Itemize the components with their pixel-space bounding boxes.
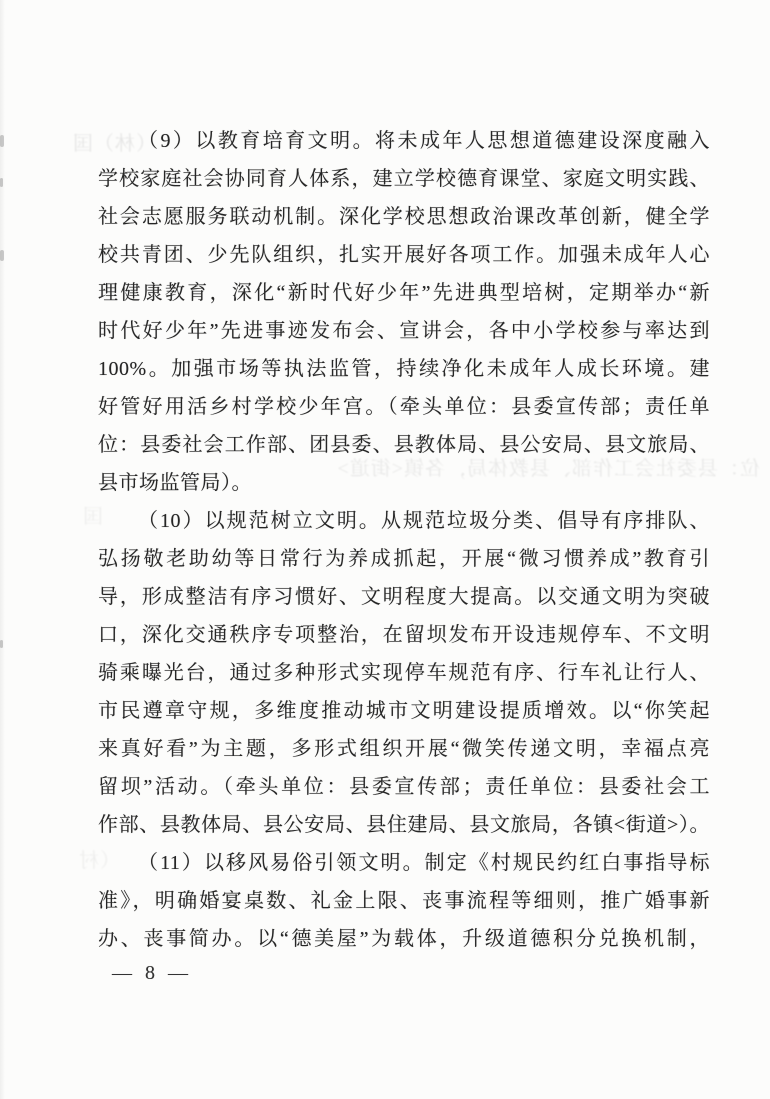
text-line: 100%。加强市场等执法监管，持续净化未成年人成长环境。建 xyxy=(98,350,710,388)
scanner-edge-mark xyxy=(0,178,3,187)
text-line: （10）以规范树立文明。从规范垃圾分类、倡导有序排队、 xyxy=(98,502,710,540)
scanner-edge-mark xyxy=(0,135,4,147)
text-line: 市民遵章守规，多维度推动城市文明建设提质增效。以“你笑起 xyxy=(98,692,710,730)
text-line: 校共青团、少先队组织，扎实开展好各项工作。加强未成年人心 xyxy=(98,236,710,274)
text-line: 好管好用活乡村学校少年宫。（牵头单位：县委宣传部；责任单 xyxy=(98,388,710,426)
text-line: 留坝”活动。（牵头单位：县委宣传部；责任单位：县委社会工 xyxy=(98,768,710,806)
text-line: 县市场监管局）。 xyxy=(98,464,710,502)
text-line: 骑乘曝光台，通过多种形式实现停车规范有序、行车礼让行人、 xyxy=(98,654,710,692)
text-line: 理健康教育，深化“新时代好少年”先进典型培树，定期举办“新 xyxy=(98,274,710,312)
scanner-edge-mark xyxy=(0,640,3,648)
text-line: 社会志愿服务联动机制。深化学校思想政治课改革创新，健全学 xyxy=(98,198,710,236)
text-line: 准》，明确婚宴桌数、礼金上限、丧事流程等细则，推广婚事新 xyxy=(98,882,710,920)
text-line: 办、丧事简办。以“德美屋”为载体，升级道德积分兑换机制， xyxy=(98,920,710,958)
text-line: 学校家庭社会协同育人体系，建立学校德育课堂、家庭文明实践、 xyxy=(98,160,710,198)
document-body: （9）以教育培育文明。将未成年人思想道德建设深度融入 学校家庭社会协同育人体系，… xyxy=(98,122,710,958)
text-line: 导，形成整洁有序习惯好、文明程度大提高。以交通文明为突破 xyxy=(98,578,710,616)
scanned-page: （林）国 位：县委社会工作部、县教体局，各镇<街道> 国 （村 （9）以教育培育… xyxy=(0,0,770,1099)
paragraph-10: （10）以规范树立文明。从规范垃圾分类、倡导有序排队、 弘扬敬老助幼等日常行为养… xyxy=(98,502,710,844)
text-line: 口，深化交通秩序专项整治，在留坝发布开设违规停车、不文明 xyxy=(98,616,710,654)
paragraph-9: （9）以教育培育文明。将未成年人思想道德建设深度融入 学校家庭社会协同育人体系，… xyxy=(98,122,710,502)
scanner-edge-mark xyxy=(0,250,4,261)
text-line: 弘扬敬老助幼等日常行为养成抓起，开展“微习惯养成”教育引 xyxy=(98,540,710,578)
text-line: （11）以移风易俗引领文明。制定《村规民约红白事指导标 xyxy=(98,844,710,882)
page-number: — 8 — xyxy=(112,962,192,985)
paragraph-11: （11）以移风易俗引领文明。制定《村规民约红白事指导标 准》，明确婚宴桌数、礼金… xyxy=(98,844,710,958)
text-line: 位：县委社会工作部、团县委、县教体局、县公安局、县文旅局、 xyxy=(98,426,710,464)
text-line: 时代好少年”先进事迹发布会、宣讲会，各中小学校参与率达到 xyxy=(98,312,710,350)
text-line: 来真好看”为主题，多形式组织开展“微笑传递文明，幸福点亮 xyxy=(98,730,710,768)
text-line: （9）以教育培育文明。将未成年人思想道德建设深度融入 xyxy=(98,122,710,160)
text-line: 作部、县教体局、县公安局、县住建局、县文旅局，各镇<街道>）。 xyxy=(98,806,710,844)
